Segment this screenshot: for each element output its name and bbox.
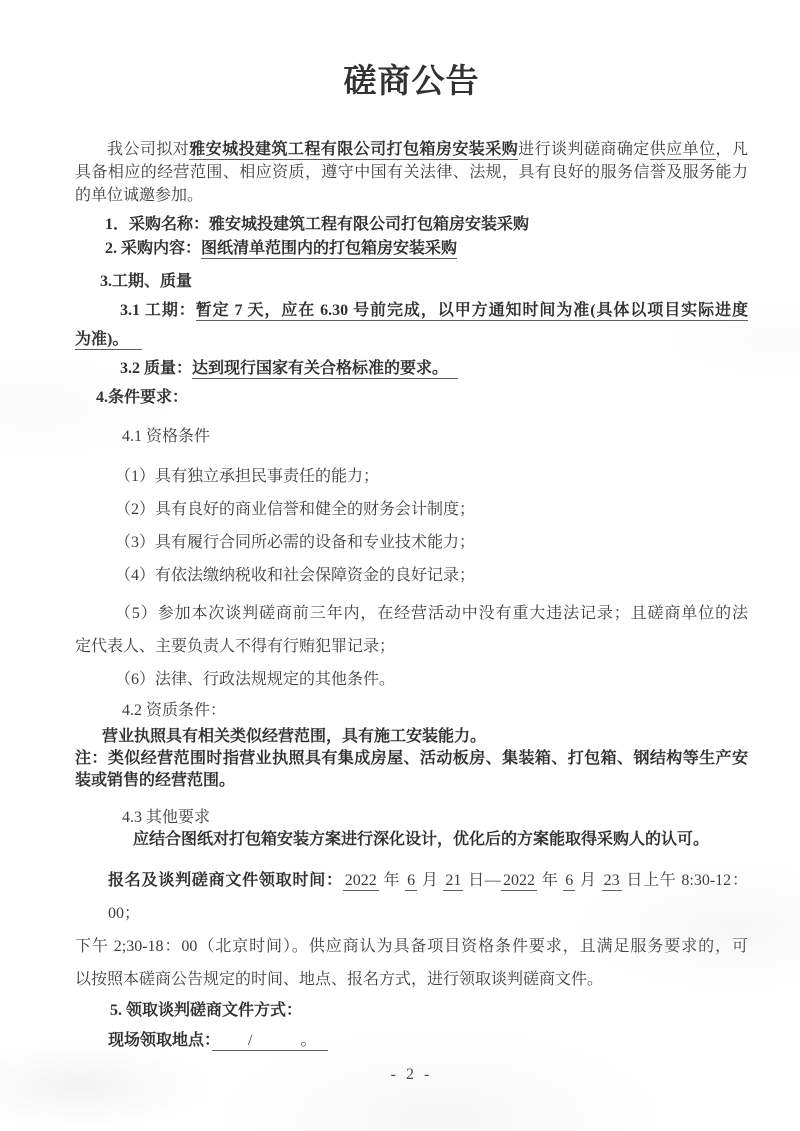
intro-line-3: 的单位诚邀参加。	[75, 184, 748, 207]
intro-line-2: 具备相应的经营范围、相应资质，遵守中国有关法律、法规，具有良好的服务信誉及服务能…	[75, 161, 748, 184]
condition-item-2: （2）具有良好的商业信誉和健全的财务会计制度；	[75, 493, 748, 526]
note-line-2: 装或销售的经营范围。	[75, 770, 748, 792]
condition-item-4: （4）有依法缴纳税收和社会保障资金的良好记录；	[75, 559, 748, 592]
note-line-1: 注：类似经营范围时指营业执照具有集成房屋、活动板房、集装箱、打包箱、钢结构等生产…	[75, 748, 748, 770]
quality-label: 3.2 质量：	[120, 360, 192, 377]
pickup-blank-field: / 。	[212, 1032, 328, 1051]
signup-line-2: 下午 2;30-18：00（北京时间）。供应商认为具备项目资格条件要求，且满足服…	[75, 930, 748, 963]
procurement-subject: 雅安城投建筑工程有限公司打包箱房安装采购	[189, 141, 518, 160]
intro-text: 我公司拟对	[107, 141, 189, 158]
section-3-2-quality: 3.2 质量：达到现行国家有关合格标准的要求。	[75, 354, 748, 383]
signup-label: 报名及谈判磋商文件领取时间：	[108, 872, 343, 889]
document-page: 磋商公告 我公司拟对雅安城投建筑工程有限公司打包箱房安装采购进行谈判磋商确定供应…	[0, 0, 800, 1131]
section-1-procurement-name: 1．采购名称：雅安城投建筑工程有限公司打包箱房安装采购	[105, 213, 748, 237]
section-4-2-heading: 4.2 资质条件：	[122, 696, 748, 726]
signup-year-1: 2022	[343, 872, 379, 891]
intro-paragraph: 我公司拟对雅安城投建筑工程有限公司打包箱房安装采购进行谈判磋商确定供应单位，凡 …	[75, 138, 748, 207]
note-paragraph: 注：类似经营范围时指营业执照具有集成房屋、活动板房、集装箱、打包箱、钢结构等生产…	[75, 748, 748, 792]
signup-day-1: 21	[443, 872, 463, 891]
condition-item-1: （1）具有独立承担民事责任的能力；	[75, 460, 748, 493]
quality-value: 达到现行国家有关合格标准的要求。	[192, 360, 458, 379]
section-2-scope: 图纸清单范围内的打包箱房安装采购	[201, 240, 457, 259]
condition-5-line-1: （5）参加本次谈判磋商前三年内，在经营活动中没有重大违法记录；且磋商单位的法	[75, 597, 748, 630]
signup-time-paragraph: 报名及谈判磋商文件领取时间：2022 年 6 月 21 日—2022 年 6 月…	[75, 864, 748, 996]
section-4-heading: 4.条件要求：	[96, 383, 748, 413]
condition-item-5: （5）参加本次谈判磋商前三年内，在经营活动中没有重大违法记录；且磋商单位的法 定…	[75, 597, 748, 663]
signup-month-2: 6	[563, 872, 575, 891]
intro-text: 进行谈判磋商确定	[518, 141, 650, 158]
page-number: - 2 -	[75, 1064, 748, 1086]
condition-item-6: （6）法律、行政法规规定的其他条件。	[75, 663, 748, 696]
section-5-heading: 5. 领取谈判磋商文件方式：	[110, 996, 748, 1026]
condition-5-line-2: 定代表人、主要负责人不得有行贿犯罪记录；	[75, 630, 748, 663]
business-scope-statement: 营业执照具有相关类似经营范围，具有施工安装能力。	[102, 726, 748, 748]
section-3-heading: 3.工期、质量	[100, 270, 748, 294]
signup-year-2: 2022	[501, 872, 537, 891]
section-3-1-duration: 3.1 工期：暂定 7 天，应在 6.30 号前完成，以甲方通知时间为准(具体以…	[75, 296, 748, 354]
duration-label: 3.1 工期：	[120, 302, 196, 319]
section-4-3-content: 应结合图纸对打包箱安装方案进行深化设计，优化后的方案能取得采购人的认可。	[133, 829, 748, 851]
duration-value-cont: 为准)。	[75, 331, 142, 350]
signup-month-1: 6	[405, 872, 417, 891]
signup-day-2: 23	[602, 872, 622, 891]
signup-sep: 日—	[463, 872, 501, 889]
signup-sep: 年	[537, 872, 563, 889]
pickup-label: 现场领取地点：	[108, 1032, 212, 1049]
section-4-3-heading: 4.3 其他要求	[122, 807, 748, 829]
supplier-term: 供应单位	[650, 141, 716, 160]
section-2-procurement-content: 2. 采购内容：图纸清单范围内的打包箱房安装采购	[105, 237, 748, 261]
intro-text: ，凡	[716, 141, 748, 158]
signup-line-1: 报名及谈判磋商文件领取时间：2022 年 6 月 21 日—2022 年 6 月…	[75, 864, 748, 930]
pickup-location-line: 现场领取地点： / 。	[108, 1026, 748, 1056]
announcement-title: 磋商公告	[75, 62, 748, 102]
duration-line-1: 3.1 工期：暂定 7 天，应在 6.30 号前完成，以甲方通知时间为准(具体以…	[75, 296, 748, 325]
duration-value: 暂定 7 天，应在 6.30 号前完成，以甲方通知时间为准(具体以项目实际进度	[196, 302, 748, 321]
signup-line-3: 以按照本磋商公告规定的时间、地点、报名方式，进行领取谈判磋商文件。	[75, 963, 748, 996]
duration-line-2: 为准)。	[75, 325, 748, 354]
intro-line-1: 我公司拟对雅安城投建筑工程有限公司打包箱房安装采购进行谈判磋商确定供应单位，凡	[75, 138, 748, 161]
signup-sep: 月	[575, 872, 601, 889]
section-2-label: 2. 采购内容：	[105, 240, 201, 257]
condition-item-3: （3）具有履行合同所必需的设备和专业技术能力；	[75, 526, 748, 559]
signup-sep: 月	[417, 872, 443, 889]
section-4-1-heading: 4.1 资格条件	[122, 422, 748, 452]
signup-sep: 年	[379, 872, 405, 889]
